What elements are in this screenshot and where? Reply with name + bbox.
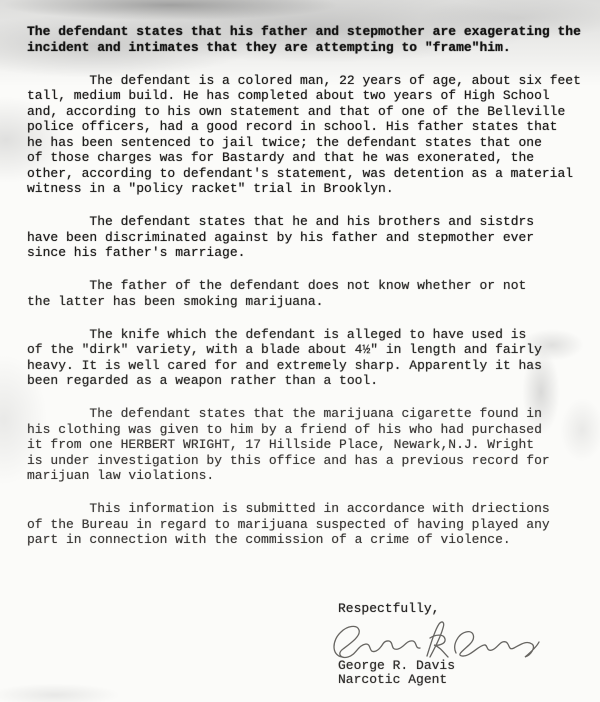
- closing-block: Respectfully, George R. Davis Narcotic A…: [338, 601, 439, 616]
- paragraph-defendant-history: The defendant is a colored man, 22 years…: [27, 73, 594, 197]
- paragraph-father-knowledge: The father of the defendant does not kno…: [27, 278, 594, 309]
- paragraph-cigarette-source: The defendant states that the marijuana …: [27, 406, 594, 484]
- paragraph-knife-description: The knife which the defendant is alleged…: [27, 327, 594, 389]
- paragraph-frame-claim: The defendant states that his father and…: [27, 24, 594, 55]
- salutation: Respectfully,: [338, 601, 439, 616]
- paragraph-discrimination: The defendant states that he and his bro…: [27, 214, 594, 261]
- paragraph-bureau-directions: This information is submitted in accorda…: [27, 501, 594, 548]
- report-body: The defendant states that his father and…: [27, 24, 594, 565]
- typed-signer-title: Narcotic Agent: [338, 672, 447, 687]
- scanned-document-page: The defendant states that his father and…: [0, 0, 600, 702]
